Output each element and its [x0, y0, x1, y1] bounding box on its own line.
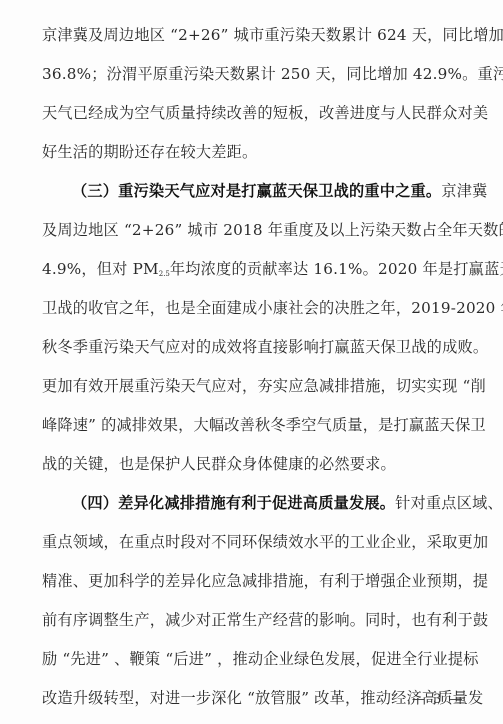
subsection-heading: （三）重污染天气应对是打赢蓝天保卫战的重中之重。 — [72, 182, 441, 200]
text-line: 更加有效开展重污染天气应对，夯实应急减排措施，切实实现 “削 — [42, 376, 470, 396]
text-line: 4.9%，但对 PM2.5年均浓度的贡献率达 16.1%。2020 年是打赢蓝天… — [42, 259, 470, 279]
paragraph-heading-line: （四）差异化减排措施有利于促进高质量发展。针对重点区域、 — [72, 493, 470, 513]
text-line: 前有序调整生产，减少对正常生产经营的影响。同时，也有利于鼓 — [42, 610, 470, 630]
document-page: 京津冀及周边地区 “2+26” 城市重污染天数累计 624 天，同比增加 36.… — [0, 0, 503, 724]
text-line: 精准、更加科学的差异化应急减排措施，有利于增强企业预期，提 — [42, 571, 470, 591]
text-line: 36.8%；汾渭平原重污染天数累计 250 天，同比增加 42.9%。重污染 — [42, 64, 470, 84]
text-line: 励 “先进” 、鞭策 “后进” ，推动企业绿色发展，促进全行业提标 — [42, 649, 470, 669]
page-number: — 3 — — [412, 692, 465, 707]
text-line: 及周边地区 “2+26” 城市 2018 年重度及以上污染天数占全年天数的 — [42, 220, 470, 240]
text-line: 重点领域，在重点时段对不同环保绩效水平的工业企业，采取更加 — [42, 532, 470, 552]
text-run: 年均浓度的贡献率达 16.1%。2020 年是打赢蓝天保 — [170, 260, 503, 278]
text-line: 秋冬季重污染天气应对的成效将直接影响打赢蓝天保卫战的成败。 — [42, 337, 470, 357]
text-line: 好生活的期盼还存在较大差距。 — [42, 142, 470, 162]
text-run: 4.9%，但对 PM — [42, 260, 159, 278]
text-line: 卫战的收官之年，也是全面建成小康社会的决胜之年，2019-2020 年 — [42, 298, 470, 318]
text-line: 战的关键，也是保护人民群众身体健康的必然要求。 — [42, 454, 470, 474]
paragraph-heading-line: （三）重污染天气应对是打赢蓝天保卫战的重中之重。京津冀 — [72, 181, 470, 201]
text-line: 京津冀及周边地区 “2+26” 城市重污染天数累计 624 天，同比增加 — [42, 25, 470, 45]
subscript: 2.5 — [159, 270, 170, 278]
text-line: 天气已经成为空气质量持续改善的短板，改善进度与人民群众对美 — [42, 103, 470, 123]
text-run: 京津冀 — [441, 182, 487, 200]
text-line: 峰降速” 的减排效果，大幅改善秋冬季空气质量，是打赢蓝天保卫 — [42, 415, 470, 435]
text-run: 针对重点区域、 — [395, 494, 503, 512]
subsection-heading: （四）差异化减排措施有利于促进高质量发展。 — [72, 494, 395, 512]
text-line: 改造升级转型，对进一步深化 “放管服” 改革，推动经济高质量发 — [42, 688, 470, 708]
